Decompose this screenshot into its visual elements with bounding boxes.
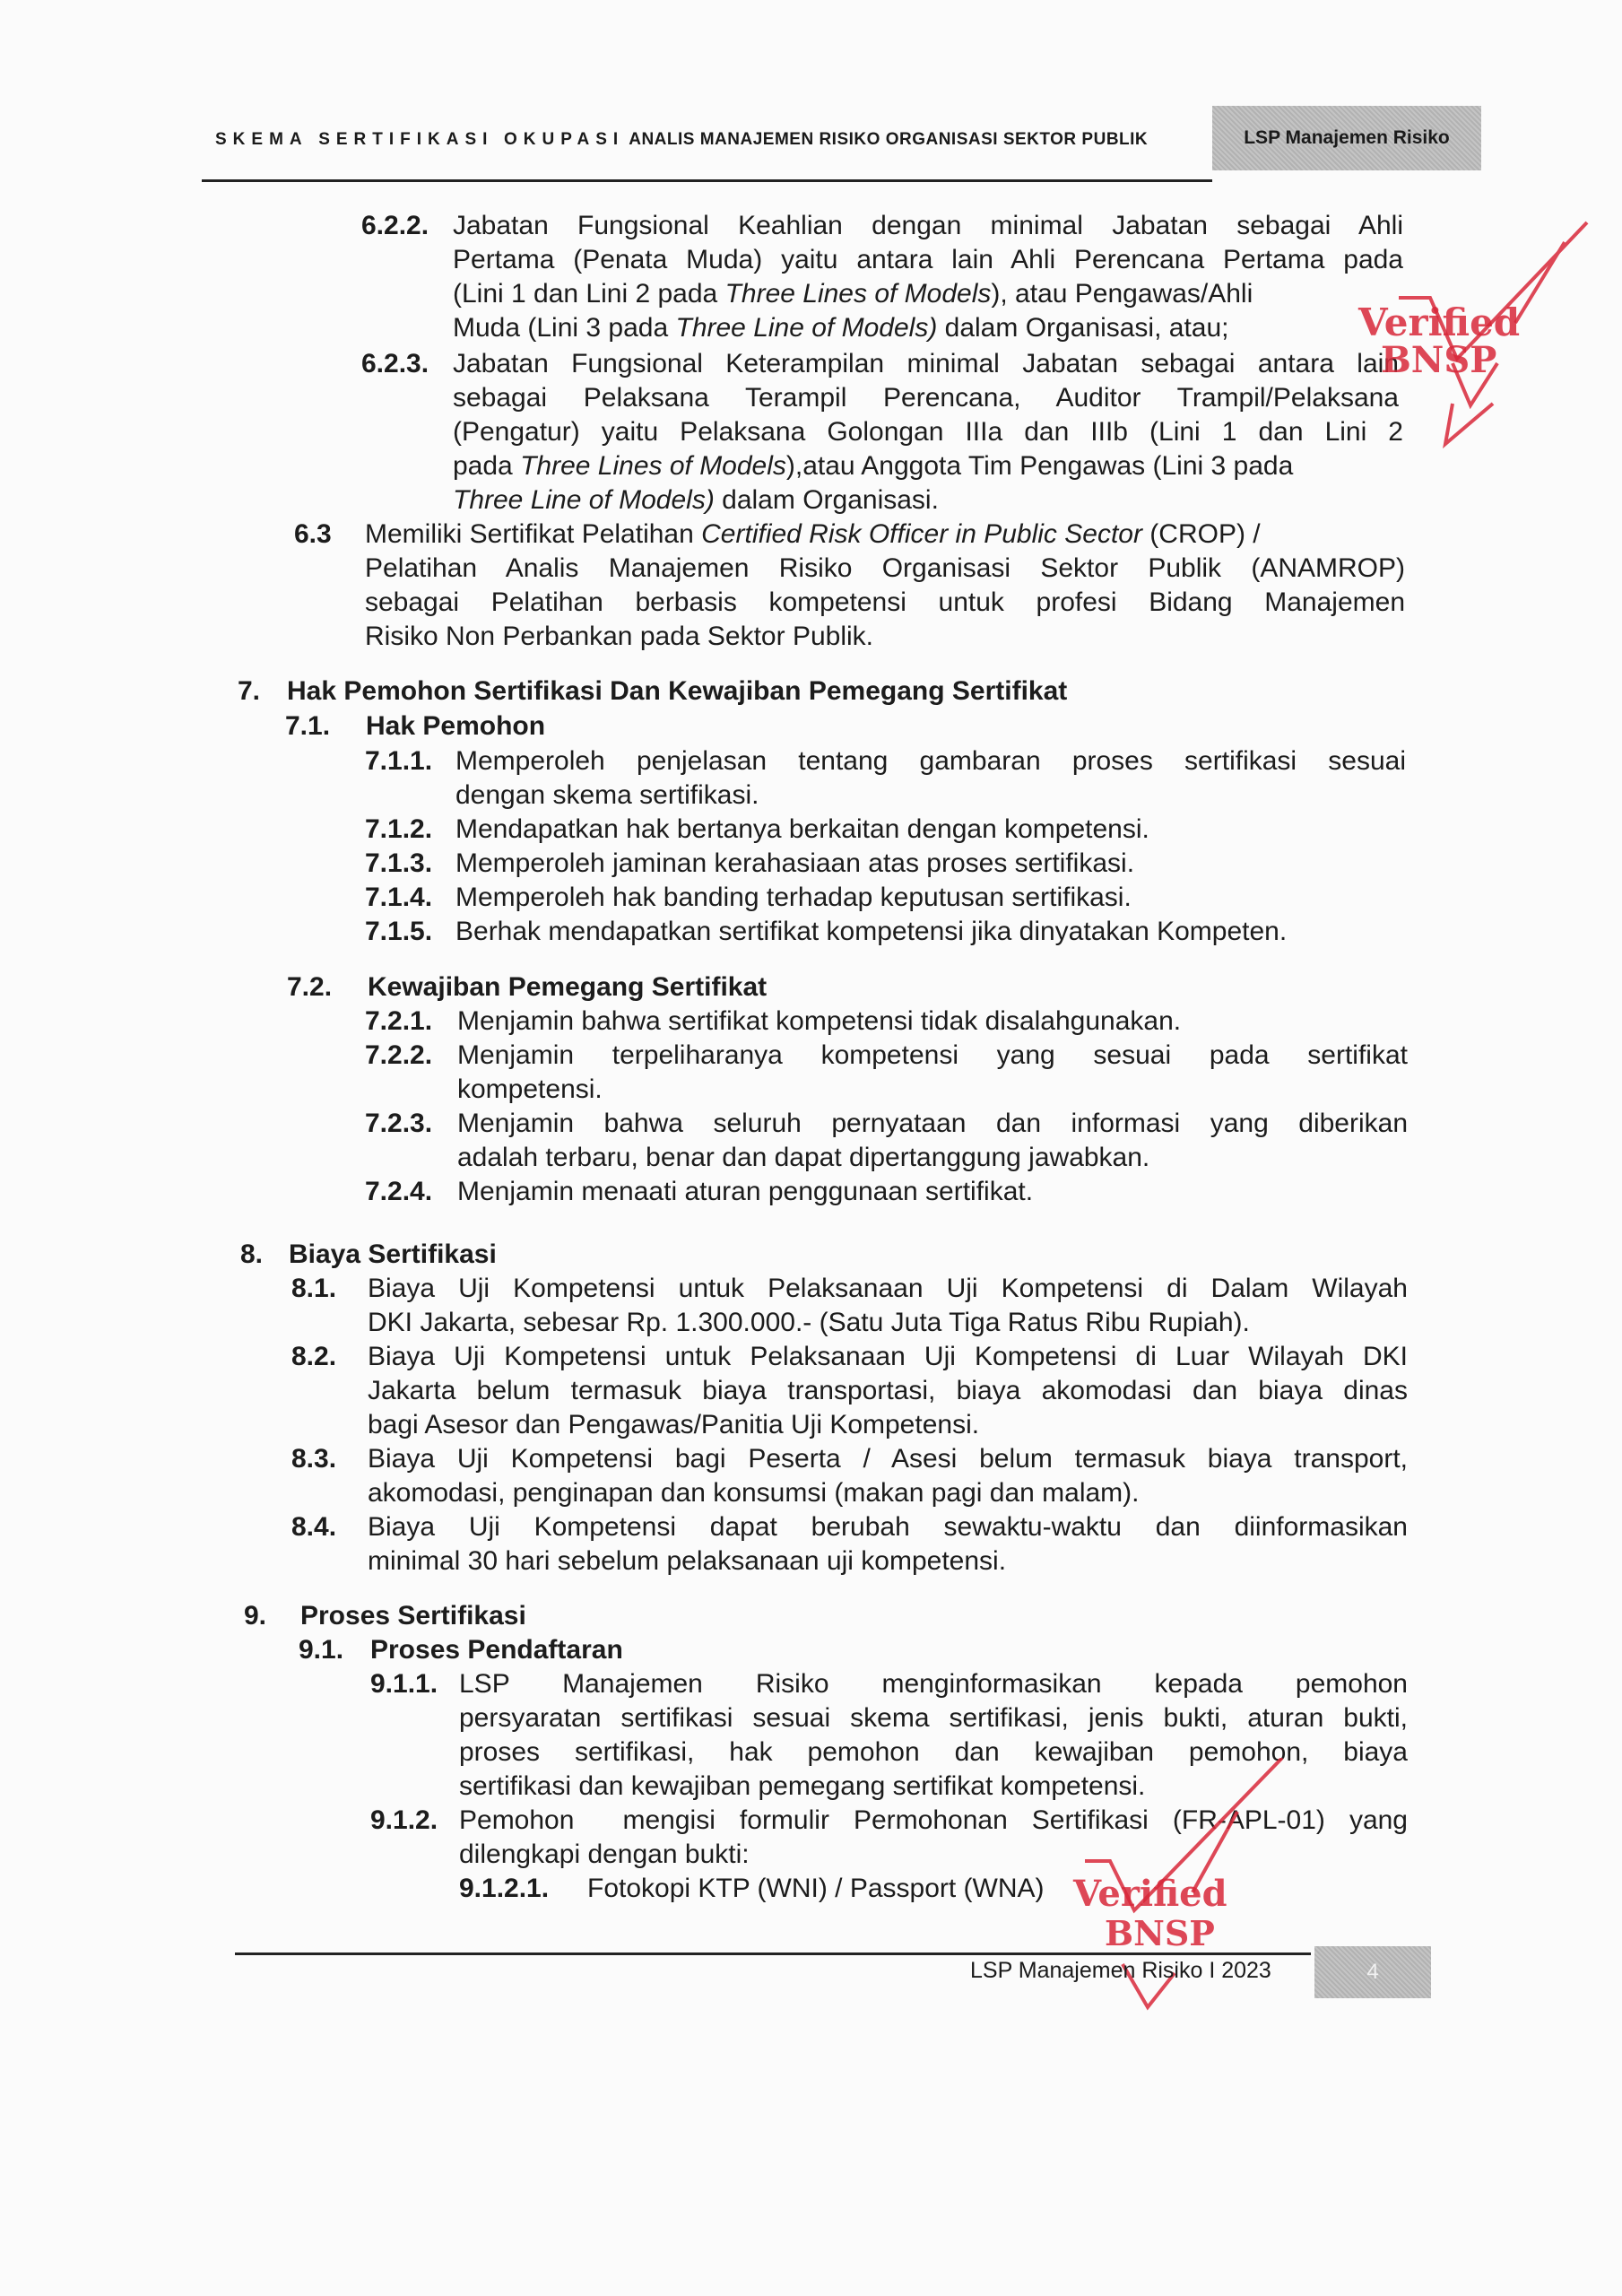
item-text-9-1-2-1: Fotokopi KTP (WNI) / Passport (WNA) [587,1872,1045,1907]
item-text-7-2-2-line-2: kompetensi. [457,1073,603,1108]
section-title-7: Hak Pemohon Sertifikasi Dan Kewajiban Pe… [287,674,1067,709]
item-text-7-1-1-line-1: Memperoleh penjelasan tentang gambaran p… [455,744,1406,779]
item-text-7-1-5: Berhak mendapatkan sertifikat kompetensi… [455,915,1287,950]
stamp-bnsp-text: BNSP [1105,1913,1215,1953]
document-page: SKEMA SERTIFIKASI OKUPASI ANALIS MANAJEM… [0,0,1622,2296]
italic-run: Three Line of Models) [676,313,938,343]
text-run: ), atau Pengawas/Ahli [991,279,1253,309]
item-text-7-1-4: Memperoleh hak banding terhadap keputusa… [455,881,1132,916]
item-text-7-1-1-line-2: dengan skema sertifikasi. [455,778,759,813]
item-number-7-1-1: 7.1.1. [365,744,432,779]
item-text-7-1-3: Memperoleh jaminan kerahasiaan atas pros… [455,847,1134,882]
item-text-6-3-line-2: Pelatihan Analis Manajemen Risiko Organi… [365,552,1405,587]
item-text-6-2-2-line-4: Muda (Lini 3 pada Three Line of Models) … [453,311,1228,346]
item-text-6-2-3-line-4: pada Three Lines of Models),atau Anggota… [453,449,1293,484]
italic-run: Three Lines of Models [725,279,992,309]
item-number-9-1-1: 9.1.1. [370,1667,438,1702]
item-text-9-1-2-line-2: dilengkapi dengan bukti: [459,1838,750,1873]
item-number-8-3: 8.3. [291,1442,336,1477]
section-number-7: 7. [238,674,260,709]
item-text-8-2-line-2: Jakarta belum termasuk biaya transportas… [368,1374,1408,1409]
page-number-box: 4 [1314,1946,1431,1998]
item-text-6-2-3-line-2: sebagai Pelaksana Terampil Perencana, Au… [453,381,1399,416]
item-text-8-1-line-2: DKI Jakarta, sebesar Rp. 1.300.000.- (Sa… [368,1306,1250,1341]
item-text-6-3-line-3: sebagai Pelatihan berbasis kompetensi un… [365,586,1405,621]
section-number-7-1: 7.1. [285,709,330,744]
item-text-8-1-line-1: Biaya Uji Kompetensi untuk Pelaksanaan U… [368,1272,1408,1307]
item-text-7-2-3-line-2: adalah terbaru, benar dan dapat dipertan… [457,1141,1149,1176]
item-text-7-2-3-line-1: Menjamin bahwa seluruh pernyataan dan in… [457,1107,1408,1142]
section-number-9: 9. [244,1599,266,1634]
stamp-verified-text: Verified [1358,300,1520,344]
header-divider [202,179,1212,182]
text-run: Muda (Lini 3 pada [453,313,676,343]
item-text-8-3-line-1: Biaya Uji Kompetensi bagi Peserta / Ases… [368,1442,1408,1477]
item-text-6-2-3-line-3: (Pengatur) yaitu Pelaksana Golongan IIIa… [453,415,1403,450]
item-number-7-2-4: 7.2.4. [365,1175,432,1210]
text-run: (CROP) / [1142,519,1261,549]
item-number-7-2-2: 7.2.2. [365,1039,432,1074]
item-number-7-2-1: 7.2.1. [365,1004,432,1039]
item-text-6-2-3-line-1: Jabatan Fungsional Keterampilan minimal … [453,347,1399,382]
stamp-verified-text: Verified [1073,1873,1227,1915]
item-text-6-2-2-line-1: Jabatan Fungsional Keahlian dengan minim… [453,209,1403,244]
item-text-7-1-2: Mendapatkan hak bertanya berkaitan denga… [455,813,1149,848]
item-text-9-1-1-line-4: sertifikasi dan kewajiban pemegang serti… [459,1770,1145,1805]
text-run: dalam Organisasi, atau; [937,313,1228,343]
item-number-8-4: 8.4. [291,1510,336,1545]
header-title: SKEMA SERTIFIKASI OKUPASI ANALIS MANAJEM… [215,130,1148,150]
item-number-6-3: 6.3 [294,517,332,552]
item-text-8-2-line-1: Biaya Uji Kompetensi untuk Pelaksanaan U… [368,1340,1408,1375]
header-title-part-2: OKUPASI [504,130,624,149]
item-number-8-1: 8.1. [291,1272,336,1307]
text-run: Memiliki Sertifikat Pelatihan [365,519,701,549]
header-title-part-3: ANALIS MANAJEMEN RISIKO ORGANISASI SEKTO… [629,130,1148,149]
item-number-7-2-3: 7.2.3. [365,1107,432,1142]
item-number-7-1-4: 7.1.4. [365,881,432,916]
section-number-8: 8. [240,1238,263,1273]
item-number-7-1-5: 7.1.5. [365,915,432,950]
item-number-6-2-2: 6.2.2. [361,209,429,244]
section-title-9-1: Proses Pendaftaran [370,1633,623,1668]
text-run: (Lini 1 dan Lini 2 pada [453,279,725,309]
italic-run: Three Lines of Models [520,451,786,481]
section-title-9: Proses Sertifikasi [300,1599,526,1634]
stamp-bnsp-text: BNSP [1381,339,1496,381]
item-number-8-2: 8.2. [291,1340,336,1375]
page-number: 4 [1366,1960,1378,1985]
text-run: ),atau Anggota Tim Pengawas (Lini 3 pada [786,451,1293,481]
header-org-box: LSP Manajemen Risiko [1212,106,1481,170]
section-number-9-1: 9.1. [299,1633,343,1668]
item-text-6-3-line-1: Memiliki Sertifikat Pelatihan Certified … [365,517,1261,552]
item-number-7-1-3: 7.1.3. [365,847,432,882]
item-text-6-2-3-line-5: Three Line of Models) dalam Organisasi. [453,483,939,518]
item-text-7-2-1: Menjamin bahwa sertifikat kompetensi tid… [457,1004,1181,1039]
italic-run: Certified Risk Officer in Public Sector [701,519,1142,549]
item-text-7-2-4: Menjamin menaati aturan penggunaan serti… [457,1175,1033,1210]
item-text-7-2-2-line-1: Menjamin terpeliharanya kompetensi yang … [457,1039,1408,1074]
item-number-6-2-3: 6.2.3. [361,347,429,382]
item-text-8-3-line-2: akomodasi, penginapan dan konsumsi (maka… [368,1476,1140,1511]
item-text-6-2-2-line-3: (Lini 1 dan Lini 2 pada Three Lines of M… [453,277,1403,312]
item-text-8-4-line-1: Biaya Uji Kompetensi dapat berubah sewak… [368,1510,1408,1545]
italic-run: Three Line of Models) [453,485,715,515]
item-text-9-1-1-line-2: persyaratan sertifikasi sesuai skema ser… [459,1701,1408,1736]
header-title-part-1: SKEMA SERTIFIKASI [215,130,493,149]
item-text-6-3-line-4: Risiko Non Perbankan pada Sektor Publik. [365,620,873,655]
item-number-9-1-2-1: 9.1.2.1. [459,1872,549,1907]
text-run: pada [453,451,520,481]
item-text-8-2-line-3: bagi Asesor dan Pengawas/Panitia Uji Kom… [368,1408,979,1443]
header-org-label: LSP Manajemen Risiko [1244,127,1450,149]
item-text-6-2-2-line-2: Pertama (Penata Muda) yaitu antara lain … [453,243,1403,278]
footer-text: LSP Manajemen Risiko I 2023 [970,1958,1271,1984]
footer-divider [235,1952,1311,1955]
item-number-9-1-2: 9.1.2. [370,1804,438,1839]
item-text-9-1-1-line-1: LSP Manajemen Risiko menginformasikan ke… [459,1667,1408,1702]
section-title-7-2: Kewajiban Pemegang Sertifikat [368,970,767,1005]
section-title-8: Biaya Sertifikasi [289,1238,497,1273]
section-number-7-2: 7.2. [287,970,332,1005]
item-text-8-4-line-2: minimal 30 hari sebelum pelaksanaan uji … [368,1544,1006,1579]
text-run: dalam Organisasi. [715,485,939,515]
item-number-7-1-2: 7.1.2. [365,813,432,848]
section-title-7-1: Hak Pemohon [366,709,545,744]
